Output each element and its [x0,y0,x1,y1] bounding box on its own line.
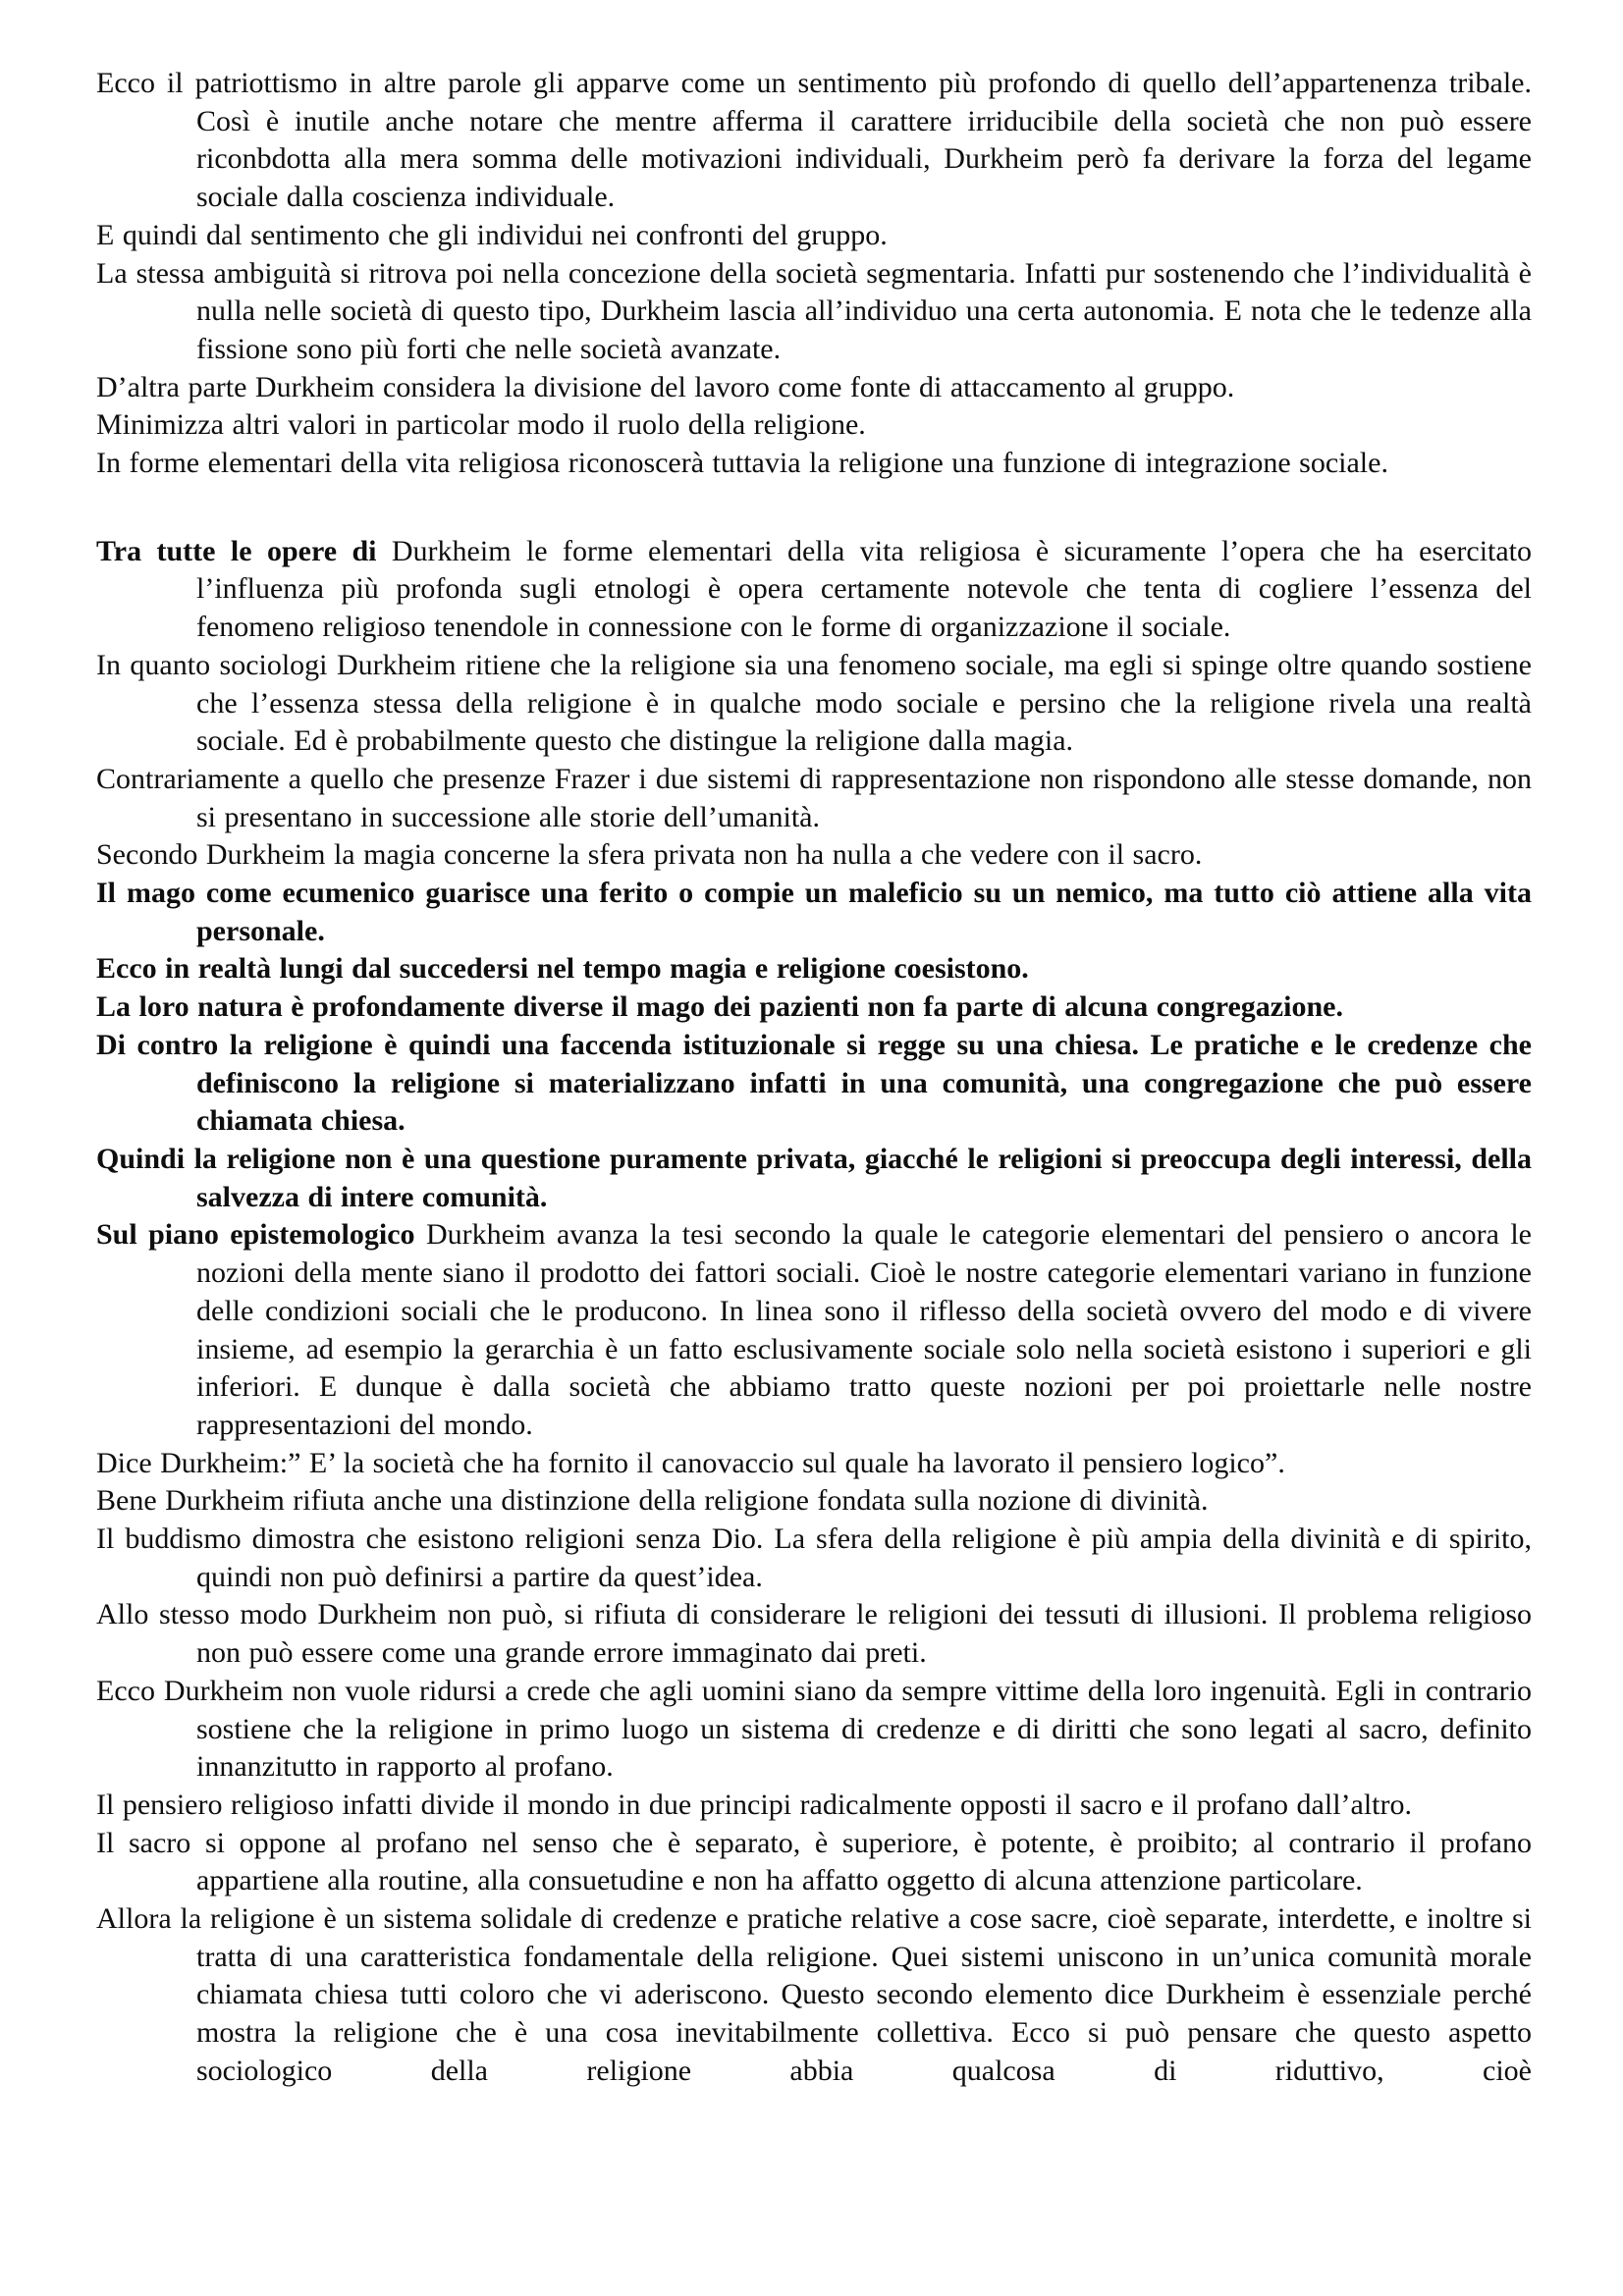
paragraph: Di contro la religione è quindi una facc… [96,1027,1532,1141]
paragraph: Bene Durkheim rifiuta anche una distinzi… [96,1482,1532,1521]
paragraph: Contrariamente a quello che presenze Fra… [96,761,1532,836]
paragraph-bold-lead: Tra tutte le opere di [96,535,376,567]
paragraph: Secondo Durkheim la magia concerne la sf… [96,836,1532,875]
paragraph: Quindi la religione non è una questione … [96,1141,1532,1216]
paragraph: Allo stesso modo Durkheim non può, si ri… [96,1596,1532,1672]
paragraph: Il buddismo dimostra che esistono religi… [96,1521,1532,1596]
paragraph: Ecco in realtà lungi dal succedersi nel … [96,950,1532,988]
paragraph: Il sacro si oppone al profano nel senso … [96,1825,1532,1900]
paragraph: In quanto sociologi Durkheim ritiene che… [96,647,1532,761]
paragraph: In forme elementari della vita religiosa… [96,445,1532,483]
paragraph-bold-lead: Sul piano epistemologico [96,1218,415,1251]
paragraph: Tra tutte le opere di Durkheim le forme … [96,533,1532,647]
paragraph: La loro natura è profondamente diverse i… [96,988,1532,1027]
paragraph: Il mago come ecumenico guarisce una feri… [96,875,1532,950]
paragraph: Ecco il patriottismo in altre parole gli… [96,65,1532,217]
paragraph: E quindi dal sentimento che gli individu… [96,217,1532,255]
paragraph: La stessa ambiguità si ritrova poi nella… [96,255,1532,369]
paragraph: Dice Durkheim:” E’ la società che ha for… [96,1445,1532,1483]
paragraph-list: Ecco il patriottismo in altre parole gli… [96,65,1532,2091]
paragraph: Allora la religione è un sistema solidal… [96,1900,1532,2091]
paragraph: Sul piano epistemologico Durkheim avanza… [96,1216,1532,1444]
paragraph: Ecco Durkheim non vuole ridursi a crede … [96,1673,1532,1787]
paragraph: D’altra parte Durkheim considera la divi… [96,369,1532,407]
document-page: Ecco il patriottismo in altre parole gli… [0,0,1623,2296]
paragraph: Minimizza altri valori in particolar mod… [96,406,1532,445]
paragraph: Il pensiero religioso infatti divide il … [96,1787,1532,1825]
